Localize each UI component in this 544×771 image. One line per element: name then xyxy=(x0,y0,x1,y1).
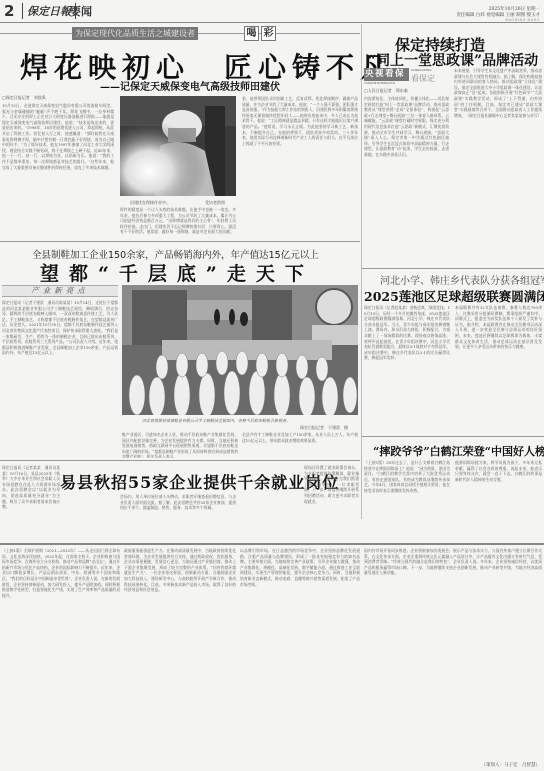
good-people-col2: 他将训练场视为家，将学员视为孩子，多年来无私奉献，赢得了社会各界的尊重。说起未来… xyxy=(455,460,542,520)
logo-side: 看保定 xyxy=(411,73,435,84)
welding-byline: □保定日报记者 刘欣禹 xyxy=(2,95,46,101)
welding-col2: 焊件的精度是一个让人头疼的技术难题，在他手中也被一一攻克。多年来，他先后参与多项… xyxy=(120,207,236,239)
jobs-top-rule xyxy=(0,460,360,461)
civics-col1: 内容紧贴化，主体协同化，传播立体化——河北保定持续打造“同上一堂思政课”品牌活动… xyxy=(364,96,449,266)
bottom-top-rule xyxy=(0,543,544,545)
civics-bottom-rule xyxy=(362,268,544,269)
masthead-logo: 保定日報 xyxy=(22,3,76,19)
football-col2: 本届联赛共有32支队伍参赛，参赛人数达700余人，比赛采用分组循环赛制，赛事组织… xyxy=(455,305,542,433)
shoes-col2: 鞋产业园区，引进知名企业入驻，推动千层底布鞋产业集群化发展。园区内配套设施完善，… xyxy=(122,432,238,458)
good-people-col1: （上接1版）30年过去了，是什么支撑着白鹤江始终坚守在摔跤训练场上？他说：“因为… xyxy=(364,460,450,520)
bottom-col3: 以品牌引领市场，在日益激烈的市场竞争中，企业坚持品牌化发展道路，注重产品质量与品… xyxy=(240,548,360,770)
bottom-signoff: （策划人：马子宏 吕智慧） xyxy=(482,762,541,768)
welding-photo xyxy=(120,96,236,196)
welding-subtitle: ——记保定天威保变电气高级技师田建伏 xyxy=(100,78,280,93)
football-headline: 2025莲池区足球超级联赛圆满闭幕 xyxy=(364,287,544,305)
banner-tag-cai: 彩 xyxy=(261,26,276,41)
logo-sub-english: KANBAODING xyxy=(411,68,431,72)
shoes-col3: 全县共有手工制鞋企业及加工户150余家，从业人员上万人，年产值达15亿元以上，带… xyxy=(242,432,358,458)
bottom-col2: 政府服务能创造生产力。在推动高质量发展中，当地政府持续优化营商环境，为企业发展提… xyxy=(124,548,236,770)
jobs-headline: 易县秋招55家企业提供千余就业岗位 xyxy=(60,470,339,493)
welding-photo-credit: 受访者供图 xyxy=(205,200,225,206)
banner-tag-he: 喝 xyxy=(244,26,259,41)
shoes-headline: 望都“千层底”走天下 xyxy=(40,259,314,286)
section-title: 要闻 xyxy=(70,3,92,19)
bottom-col4: 国内外市场开拓同步推进。企业积极参加各类展会，展示产品与技术实力，与国内外客户建… xyxy=(364,548,542,760)
column-divider xyxy=(361,24,362,519)
good-people-headline: “摔跤爷爷”白鹤江荣登“中国好人榜” xyxy=(373,443,544,459)
welding-col3: 金，他带领团队采用创新工艺，反复试焊，优化焊接顺序，确保产品质量，并为企业节约了… xyxy=(242,96,358,239)
header-rule xyxy=(0,22,544,23)
football-bottom-rule xyxy=(362,436,544,437)
page-number: 2 xyxy=(4,2,14,20)
welding-col1: 10月13日，走进保定天威保变电气股份有限公司的油箱车间里，弧光与金属碰撞的“嗞… xyxy=(2,103,114,238)
civics-byline: □人民日报记者 郑东秦 xyxy=(364,88,408,94)
civics-col2: 未来展望，引导学生从文化遗产中汲取营养，推动思政课与社会大课堂有机融合。据了解，… xyxy=(454,68,542,266)
jobs-col1: 保定日报讯（记者某某 通讯员某某）10月16日，易县2025年（秋季）大中专毕业… xyxy=(2,465,60,543)
logo-english: YANGMEISHENGMAO xyxy=(364,81,395,85)
shoes-top-rule xyxy=(0,241,360,242)
shoes-col1: 保定日报讯（记者于建雷 通讯员陈某某）10月14日，走进位于望都县的河北某某鞋业… xyxy=(2,300,118,458)
football-kicker: 河北小学、韩庄乡代表队分获各组冠军 xyxy=(380,272,544,287)
logo-main: 央视看保 xyxy=(364,68,409,81)
jobs-col2: 会场内，用人单位展位前人头攒动，求职者仔细查看招聘信息，与企业负责人面对面交流。… xyxy=(120,494,236,544)
football-col1: 保定日报讯（记者赵某某）金秋送爽，绿茵竞技。10月19日，历经一个多月的激烈角逐… xyxy=(364,305,450,433)
shoes-sidebar-label: 产业新亮点 xyxy=(2,285,118,297)
shoes-photo-credit: 保定日报记者 于建雷 摄 xyxy=(300,425,348,431)
shoes-photo-caption: 河北省望都县某某鞋业有限公司手工制鞋技艺展馆内，各种千层底布鞋吸引参观者。 xyxy=(142,418,290,424)
jobs-col3: 现场还设置了就业政策咨询台，为求职者提供政策解读、职业指导等服务。“招聘会为我们… xyxy=(304,465,359,543)
shoes-photo xyxy=(122,285,358,415)
welding-photo-caption: 田建伏在焊接作业中。 xyxy=(130,200,170,206)
series-banner: 为保定现代化品质生活之城建设者 xyxy=(72,27,198,40)
bottom-col1: （上接1版）全球扩展期（2021—2025年）——从走出国门到全球布局，文化出海… xyxy=(2,548,120,770)
daily-label: BAODING DAILY xyxy=(503,18,540,22)
kanbaoding-logo: 央视看保 YANGMEISHENGMAO KANBAODING 看保定 xyxy=(364,68,439,88)
civics-headline-2: “同上一堂思政课”品牌活动 xyxy=(368,50,538,70)
